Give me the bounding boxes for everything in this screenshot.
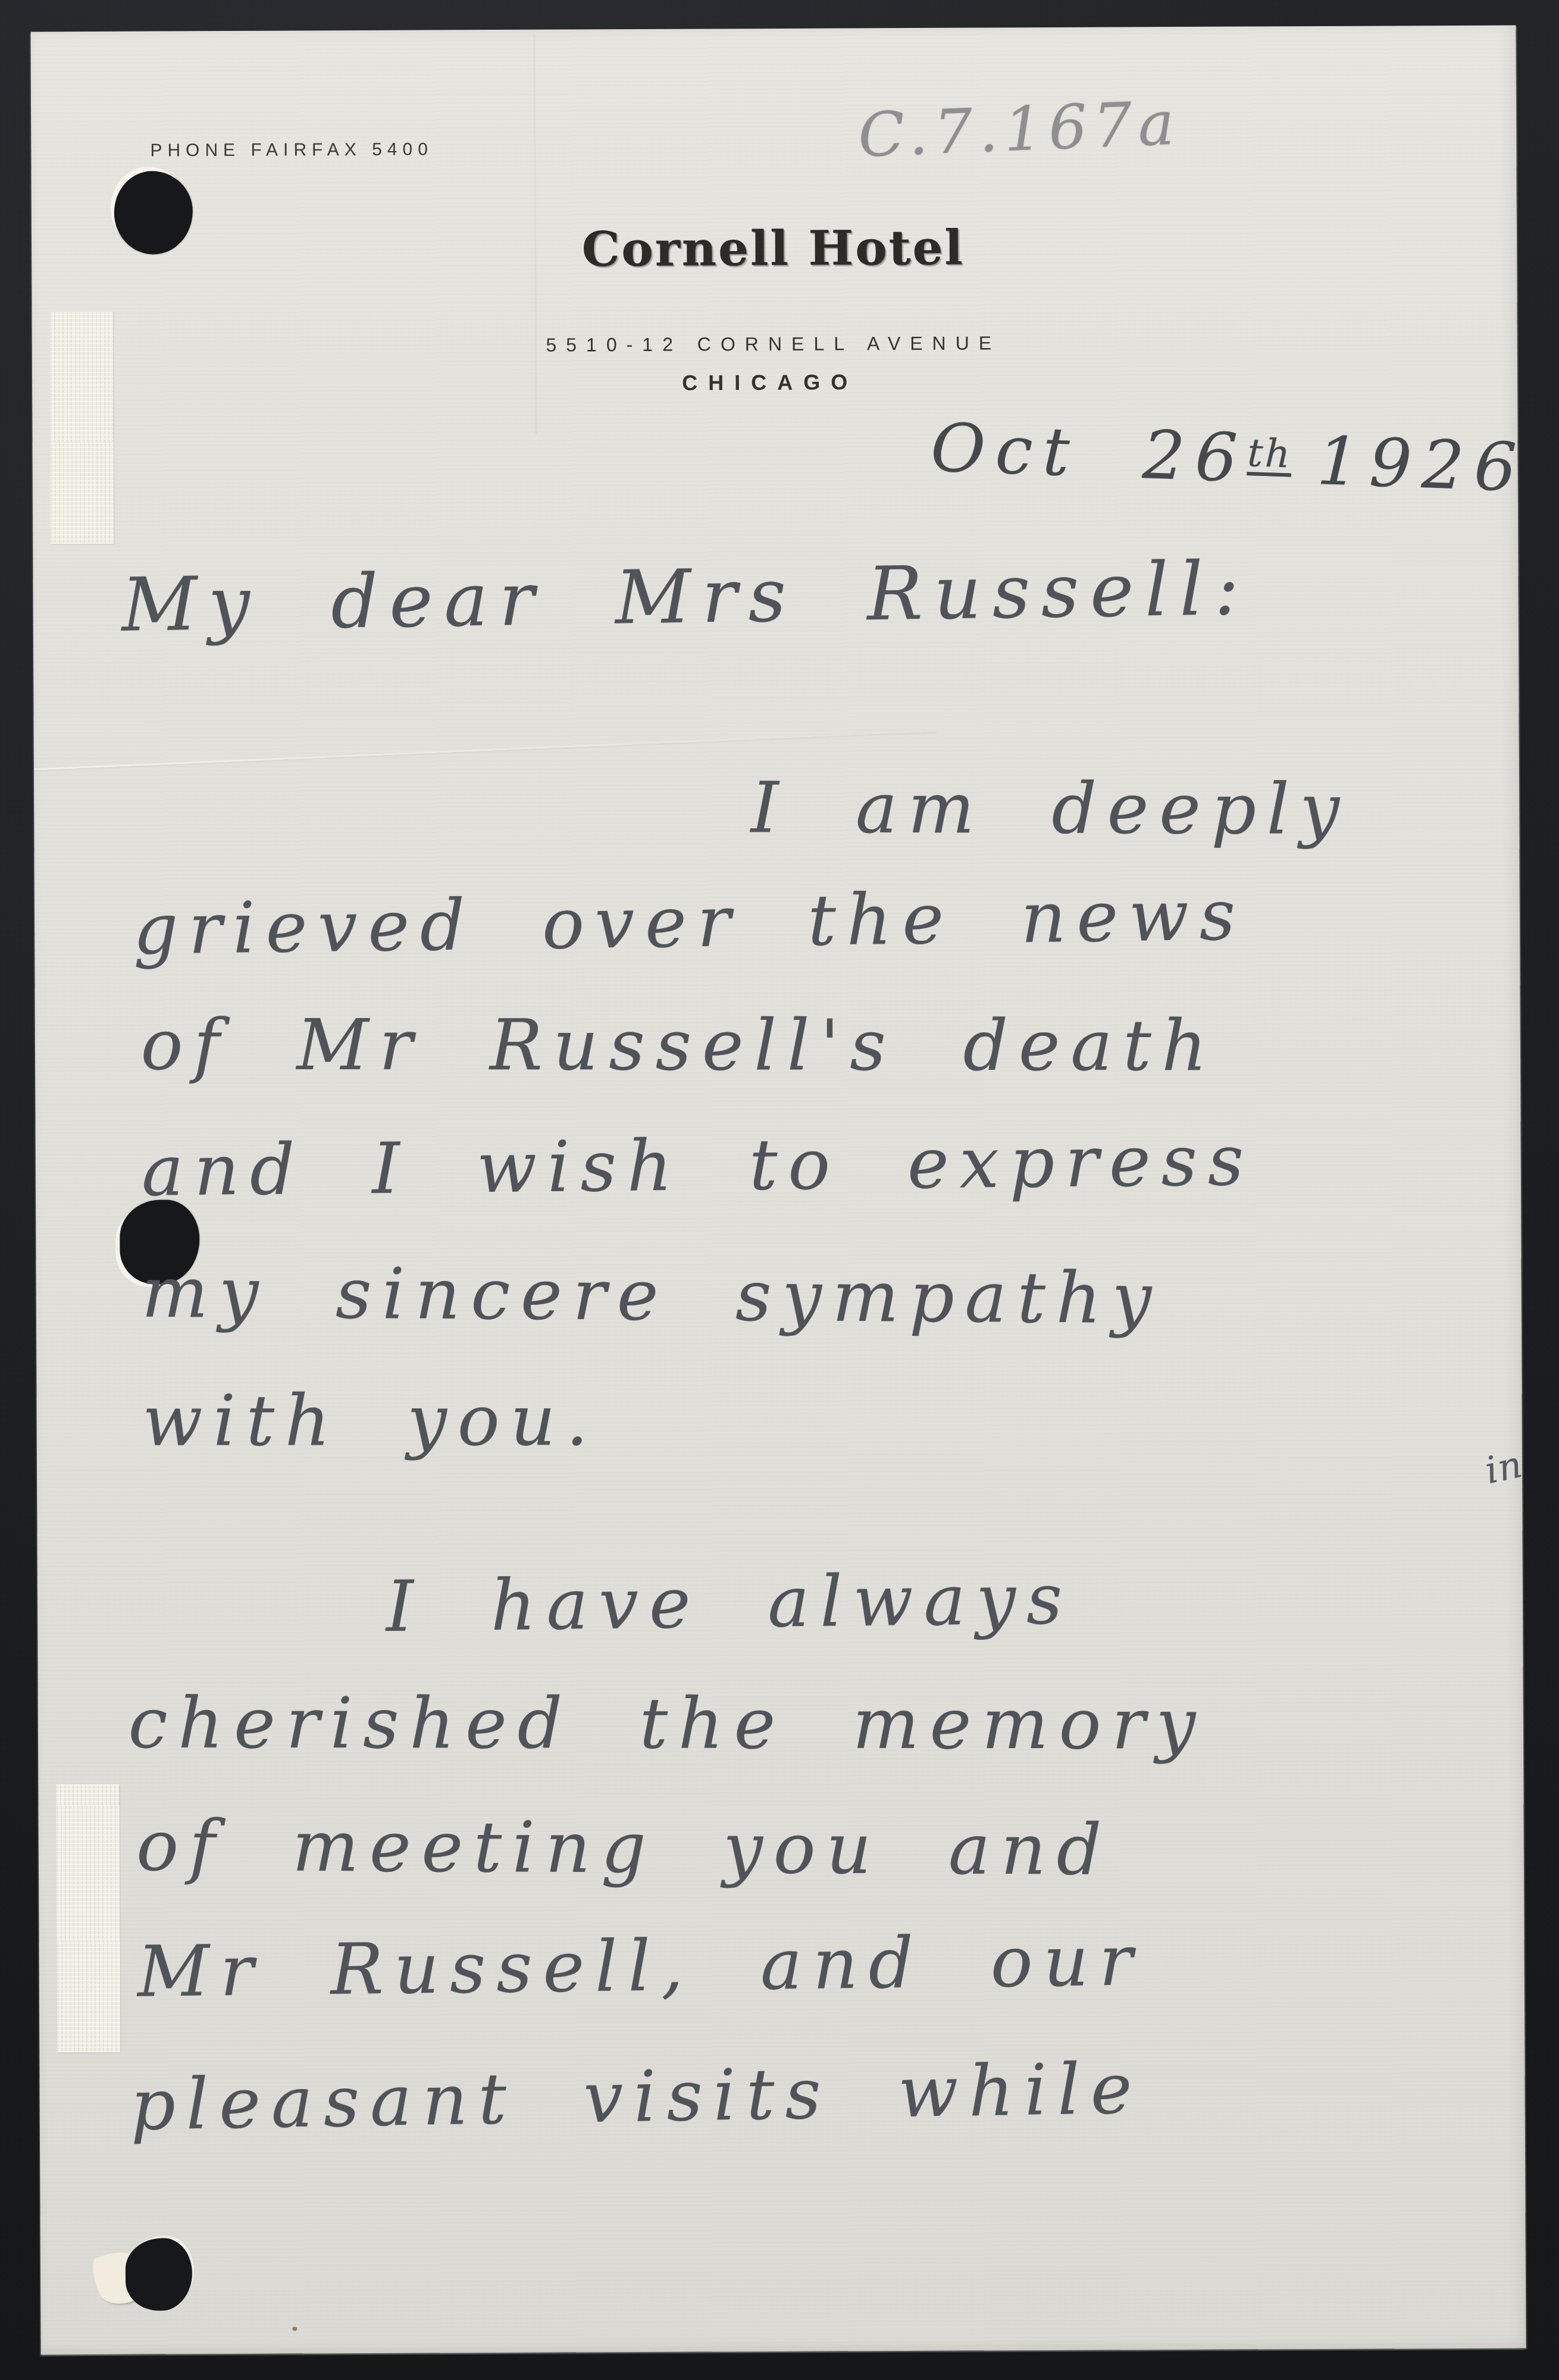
letter-page: PHONE FAIRFAX 5400 Cornell Hotel 5510-12…: [30, 26, 1526, 2355]
body-line-4: and I wish to express: [142, 1124, 1255, 1208]
tape-strip-bottom: [56, 1784, 120, 2052]
scan-background: PHONE FAIRFAX 5400 Cornell Hotel 5510-12…: [0, 0, 1559, 2380]
punch-hole-bottom: [126, 2238, 193, 2310]
paper-speck: [292, 2327, 297, 2331]
body-line-6: with you.: [142, 1384, 599, 1458]
body-line-11: pleasant visits while: [130, 2052, 1143, 2143]
body-line-8: cherished the memory: [129, 1687, 1206, 1761]
body-line-7: I have always: [386, 1562, 1073, 1644]
body-line-5: my sincere sympathy: [142, 1256, 1162, 1336]
letterhead-hotel-name: Cornell Hotel: [581, 220, 964, 277]
body-line-2: grieved over the news: [133, 878, 1247, 966]
date-year: 1926: [1316, 422, 1526, 507]
paper-streak: [534, 35, 537, 434]
crease-line: [34, 729, 938, 770]
letterhead-phone: PHONE FAIRFAX 5400: [150, 140, 433, 161]
body-line-9: of meeting you and: [136, 1809, 1112, 1887]
letter-date: Oct 26th1926: [929, 414, 1526, 504]
date-ordinal: th: [1247, 431, 1292, 477]
date-day: Oct 26: [929, 409, 1248, 497]
punch-hole-top: [114, 171, 193, 255]
letterhead-address: 5510-12 CORNELL AVENUE: [546, 332, 1001, 356]
letterhead-city: CHICAGO: [682, 369, 858, 395]
body-line-10: Mr Russell, and our: [137, 1924, 1143, 2009]
edge-ink-mark: in: [1482, 1445, 1526, 1490]
body-line-1: I am deeply: [751, 771, 1350, 847]
salutation: My dear Mrs Russell:: [121, 550, 1250, 644]
catalog-number-pencil: C.7.167a: [857, 88, 1182, 171]
tape-strip-top: [50, 312, 114, 544]
body-line-3: of Mr Russell's death: [141, 1009, 1218, 1083]
